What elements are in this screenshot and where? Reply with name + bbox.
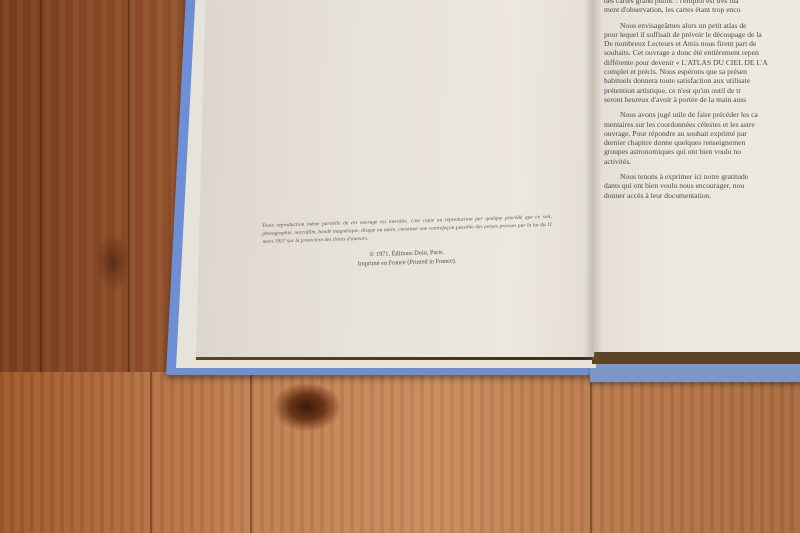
text-line: Nous envisageâmes alors un petit atlas d… (604, 21, 800, 30)
text-line: dernier chapitre donne quelques renseign… (604, 138, 800, 147)
text-line: habituels donnera toute satisfaction aux… (604, 76, 800, 85)
text-line: prétention artistique, ce n'est qu'un ou… (604, 86, 800, 95)
text-line: dants qui ont bien voulu nous encourager… (604, 181, 800, 190)
text-line: différente pour devenir « L'ATLAS DU CIE… (604, 58, 800, 67)
left-page (196, 0, 604, 357)
preface-text: des cartes grand public : l'emploi est t… (604, 0, 800, 200)
plank-seam (250, 372, 252, 533)
text-line: ouvrage. Pour répondre au souhait exprim… (604, 129, 800, 138)
text-line: pour lequel il suffisait de prévoir le d… (604, 30, 800, 39)
wooden-table-foreground (0, 372, 800, 533)
text-line: ment d'observation, les cartes étant tro… (604, 5, 800, 14)
plank-seam (150, 372, 152, 533)
text-line: souhaits. Cet ouvrage a donc été entière… (604, 48, 800, 57)
page-edges-right (592, 352, 800, 364)
text-line: complet et précis. Nous espérons que sa … (604, 67, 800, 76)
wood-knot (272, 382, 342, 432)
text-line: Nous tenons à exprimer ici notre gratitu… (604, 172, 800, 181)
text-line: donner accès à leur documentation. (604, 191, 800, 200)
text-line: groupes astronomiques qui ont bien voulu… (604, 147, 800, 156)
wood-knot (96, 232, 130, 292)
plank-seam (590, 372, 592, 533)
text-line: Nous avons jugé utile de faire précéder … (604, 110, 800, 119)
book-gutter (584, 0, 602, 360)
text-line: seront heureux d'avoir à portée de la ma… (604, 95, 800, 104)
text-line: mentaires sur les coordonnées célestes e… (604, 120, 800, 129)
imprint-block: Toute reproduction même partielle de cet… (262, 222, 552, 267)
photo-scene: Toute reproduction même partielle de cet… (0, 0, 800, 533)
text-line: activités. (604, 157, 800, 166)
text-line: De nombreux Lecteurs et Amis nous firent… (604, 39, 800, 48)
